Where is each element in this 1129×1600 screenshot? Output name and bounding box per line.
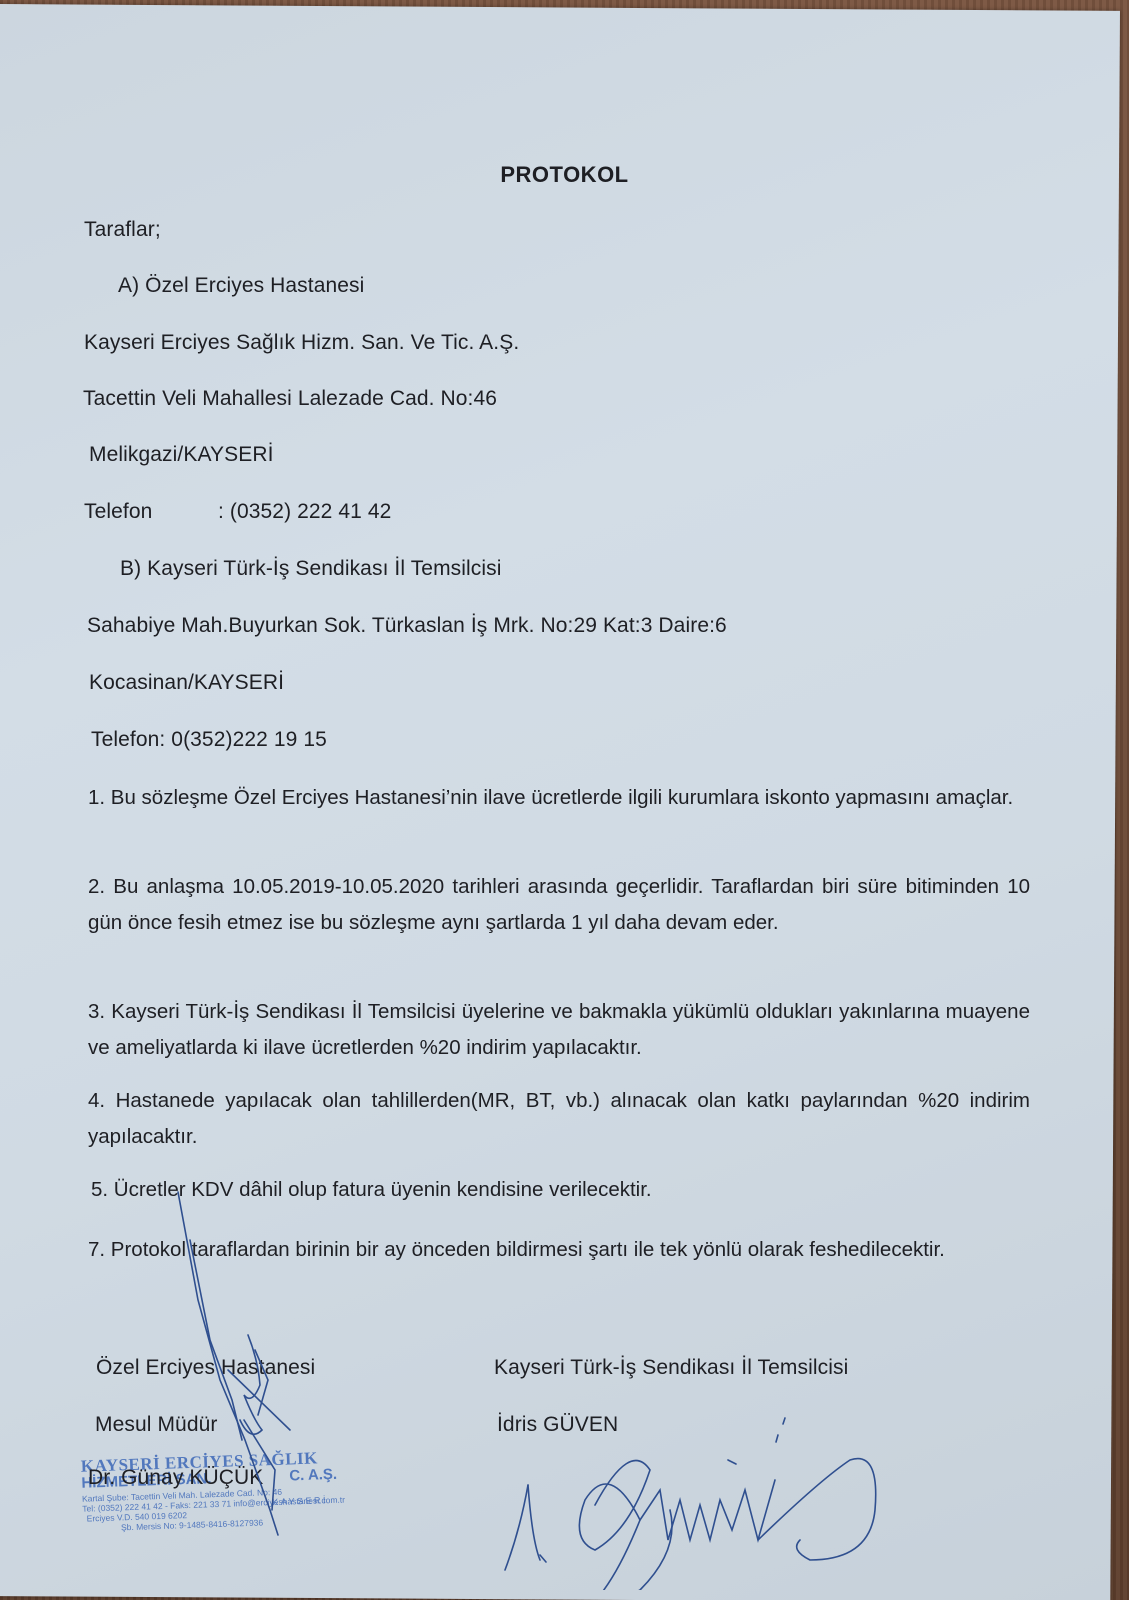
article-2: 2. Bu anlaşma 10.05.2019-10.05.2020 tari…	[88, 869, 1030, 941]
party-a-phone-value: : (0352) 222 41 42	[218, 500, 391, 523]
party-a-heading: A) Özel Erciyes Hastanesi	[118, 274, 364, 298]
party-b-address-line2: Kocasinan/KAYSERİ	[89, 671, 284, 695]
stamp-line2-right: C. A.Ş.	[289, 1466, 337, 1485]
left-signatory-name: Dr. Günay KÜÇÜK	[88, 1466, 263, 1490]
article-7: 7. Protokol taraflardan birinin bir ay ö…	[88, 1232, 1030, 1268]
parties-label: Taraflar;	[84, 218, 161, 242]
left-signatory-org: Özel Erciyes Hastanesi	[96, 1356, 315, 1380]
document-title: PROTOKOL	[0, 162, 1129, 188]
article-5: 5. Ücretler KDV dâhil olup fatura üyenin…	[91, 1172, 1033, 1208]
party-b-phone: Telefon: 0(352)222 19 15	[91, 728, 327, 752]
party-a-address-line1: Tacettin Veli Mahallesi Lalezade Cad. No…	[83, 387, 497, 411]
party-a-phone-label: Telefon	[84, 500, 218, 524]
party-b-heading: B) Kayseri Türk-İş Sendikası İl Temsilci…	[120, 557, 502, 581]
right-signatory-name: İdris GÜVEN	[497, 1413, 618, 1437]
party-a-address-line2: Melikgazi/KAYSERİ	[89, 443, 274, 467]
left-signatory-role: Mesul Müdür	[95, 1413, 217, 1437]
article-4: 4. Hastanede yapılacak olan tahlillerden…	[88, 1083, 1030, 1155]
party-b-address-line1: Sahabiye Mah.Buyurkan Sok. Türkaslan İş …	[87, 614, 727, 638]
article-3: 3. Kayseri Türk-İş Sendikası İl Temsilci…	[88, 994, 1030, 1066]
protocol-document: PROTOKOL Taraflar; A) Özel Erciyes Hasta…	[0, 0, 1129, 1600]
party-a-company: Kayseri Erciyes Sağlık Hizm. San. Ve Tic…	[84, 331, 519, 355]
article-1: 1. Bu sözleşme Özel Erciyes Hastanesi’ni…	[88, 780, 1030, 816]
company-stamp: KAYSERİ ERCİYES SAĞLIK HİZMETLERİ SAN. C…	[81, 1447, 354, 1546]
right-signatory-org: Kayseri Türk-İş Sendikası İl Temsilcisi	[494, 1356, 848, 1380]
party-a-phone: Telefon: (0352) 222 41 42	[84, 500, 391, 524]
stamp-city: KAYSERİ	[272, 1495, 328, 1507]
